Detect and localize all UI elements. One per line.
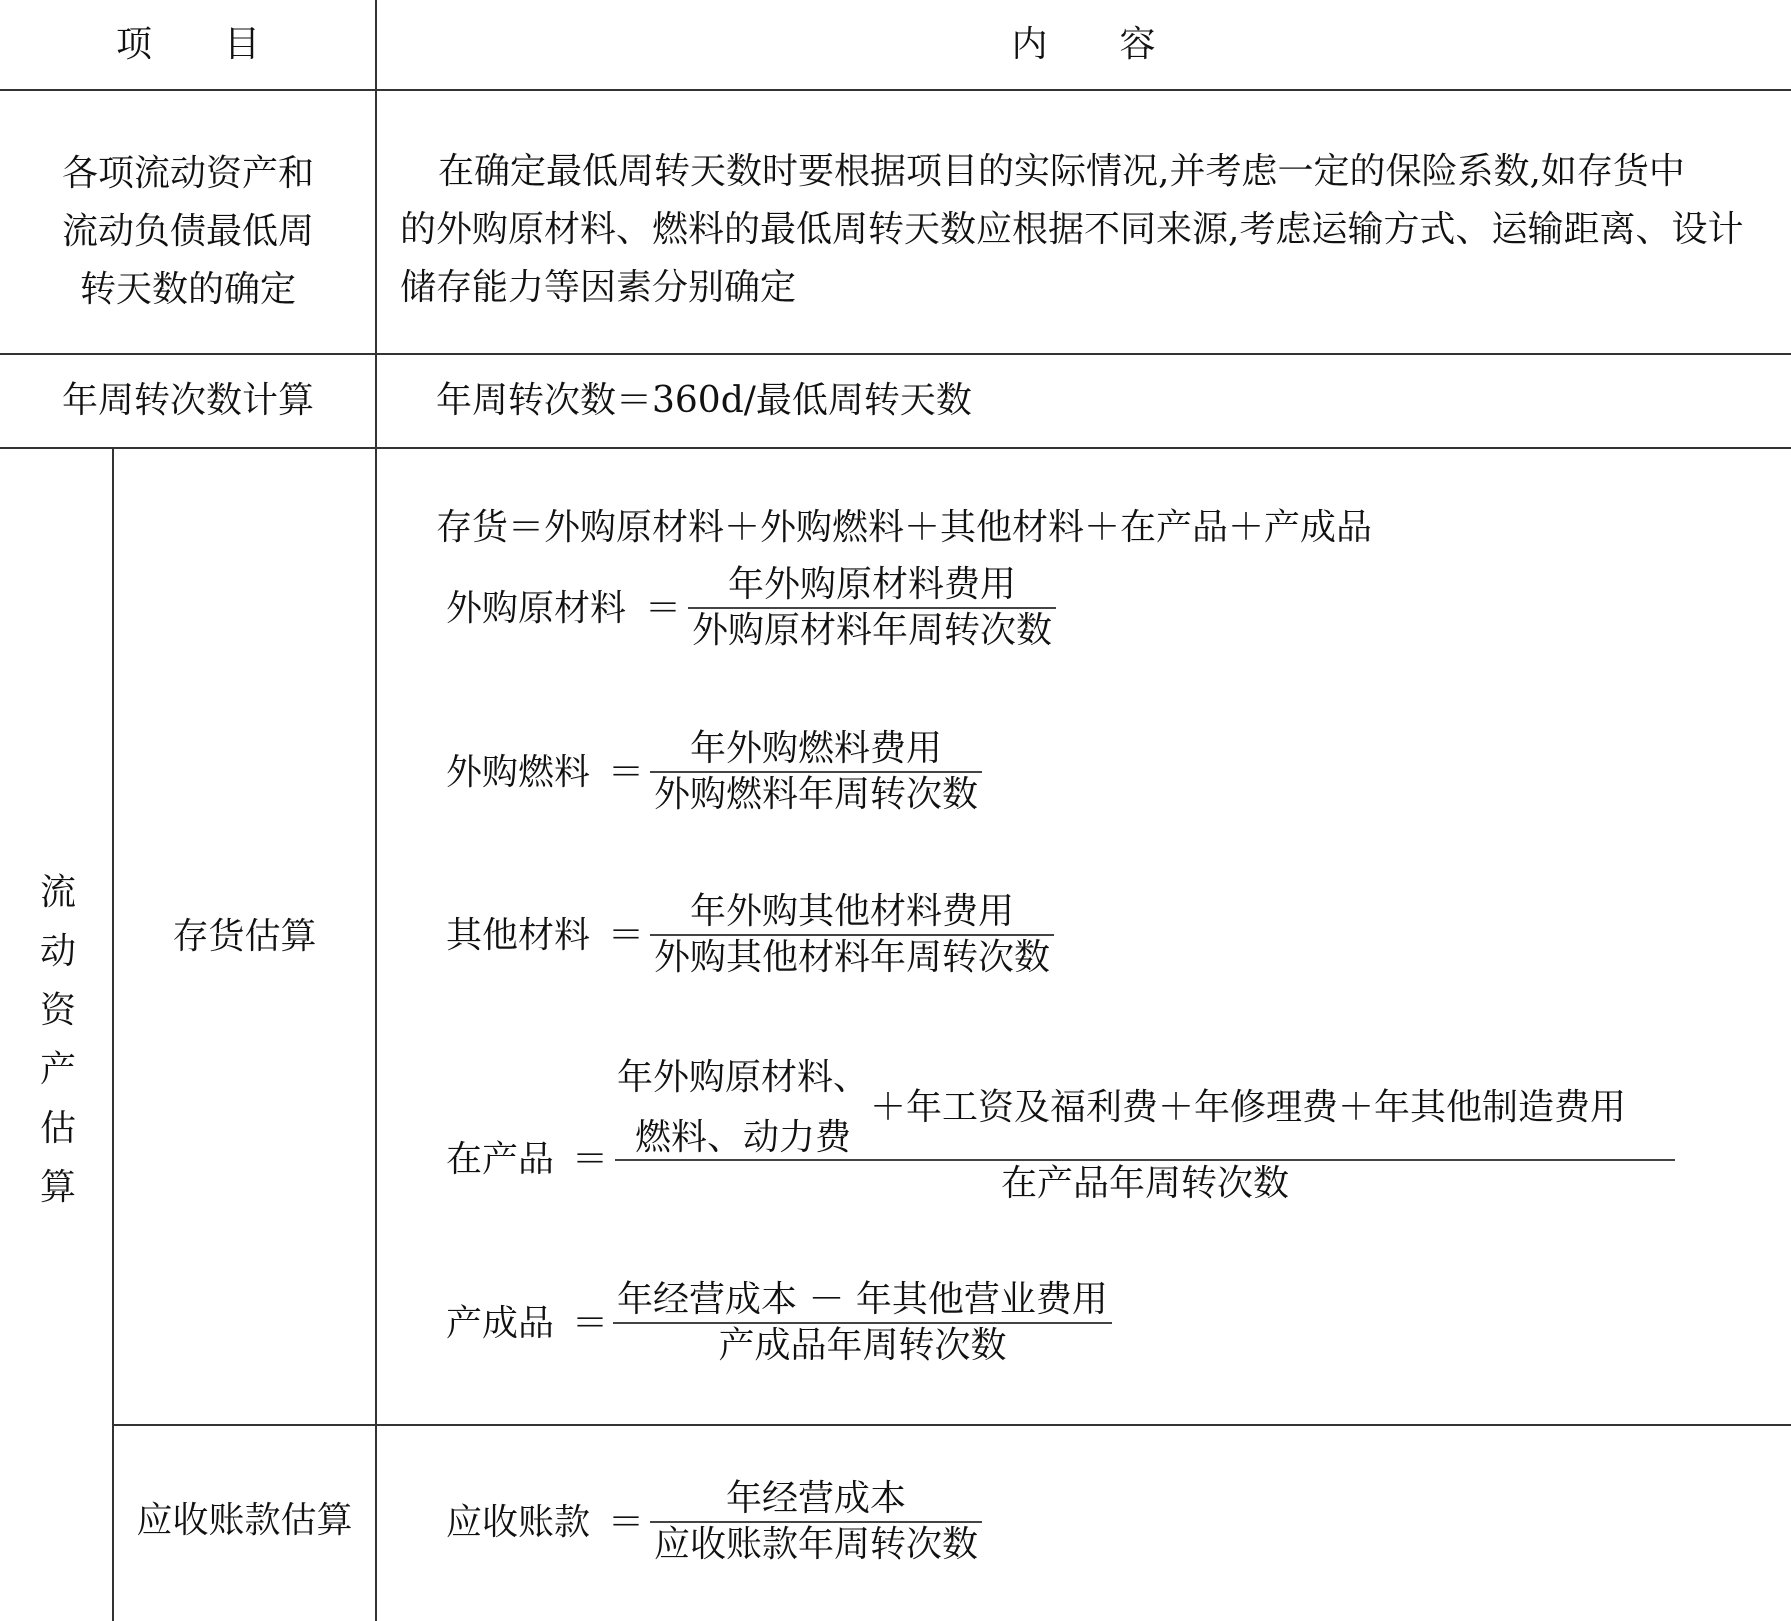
formula-fraction: 年外购燃料费用 外购燃料年周转次数	[650, 727, 982, 817]
row-divider-2	[0, 447, 1791, 449]
wip-den: 在产品年周转次数	[615, 1166, 1675, 1202]
formula-lhs: 外购原材料	[446, 591, 626, 627]
wip-num-stack-1: 年外购原材料、	[617, 1060, 869, 1096]
header-content: 内 容	[376, 27, 1791, 63]
subrow-divider	[113, 1424, 1791, 1426]
row1-item: 各项流动资产和 流动负债最低周 转天数的确定	[0, 145, 376, 319]
row2-content: 年周转次数＝360d/最低周转天数	[436, 383, 972, 419]
header-item: 项 目	[0, 27, 376, 63]
formula-fraction: 年外购原材料费用 外购原材料年周转次数	[688, 563, 1056, 653]
fraction-bar	[615, 1159, 1675, 1161]
row2-item: 年周转次数计算	[0, 383, 376, 419]
formula-eq: ＝	[608, 1505, 644, 1541]
header-divider	[0, 89, 1791, 91]
formula-fraction: 年经营成本 应收账款年周转次数	[650, 1477, 982, 1567]
formula-lhs: 产成品	[446, 1306, 554, 1342]
formula-eq: ＝	[572, 1142, 608, 1178]
inventory-total-formula: 存货＝外购原材料＋外购燃料＋其他材料＋在产品＋产成品	[436, 510, 1372, 546]
section-inner-divider	[112, 448, 114, 1621]
formula-eq: ＝	[572, 1306, 608, 1342]
formula-fraction: 年经营成本 － 年其他营业费用 产成品年周转次数	[613, 1278, 1112, 1368]
formula-lhs: 外购燃料	[446, 755, 590, 791]
formula-lhs: 其他材料	[446, 918, 590, 954]
wip-num-stack-2: 燃料、动力费	[635, 1120, 851, 1156]
formula-eq: ＝	[645, 591, 681, 627]
formula-eq: ＝	[608, 755, 644, 791]
formula-fraction: 年外购其他材料费用 外购其他材料年周转次数	[650, 890, 1054, 980]
row-divider-1	[0, 353, 1791, 355]
inventory-label: 存货估算	[113, 919, 376, 955]
receivables-label: 应收账款估算	[113, 1503, 376, 1539]
wip-num-rest: ＋年工资及福利费＋年修理费＋年其他制造费用	[870, 1090, 1626, 1126]
formula-lhs: 在产品	[446, 1142, 554, 1178]
row1-content: 在确定最低周转天数时要根据项目的实际情况,并考虑一定的保险系数,如存货中 的外购…	[400, 143, 1775, 317]
formula-lhs: 应收账款	[446, 1505, 590, 1541]
formula-eq: ＝	[608, 918, 644, 954]
section-label: 流 动 资 产 估 算	[38, 863, 78, 1217]
